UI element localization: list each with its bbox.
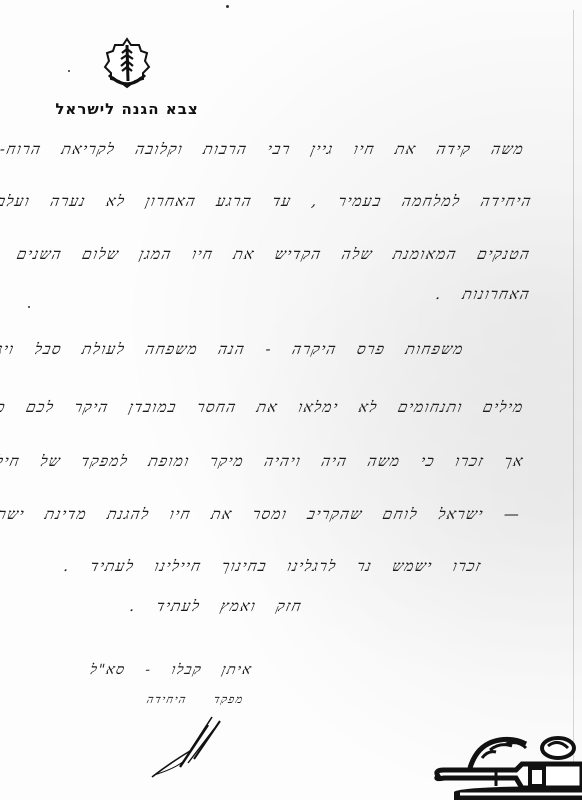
letter-line: זכרו ישמש נר לרגלינו בחינוך חיילינו לעתי… [62,557,484,576]
scan-speck [68,70,70,72]
organization-name: צבא הגנה לישראל [52,100,202,118]
letter-line: — ישראל לוחם שהקריב ומסר את חיו להגנת מד… [0,505,522,524]
letter-page: צבא הגנה לישראל משה קידה את חיו גיין רבי… [0,0,582,800]
idf-emblem-icon [101,37,153,91]
letter-line: חזק ואמץ לעתיד . [128,597,304,616]
letter-line: מילים ותנחומים לא ימלאו את החסר במובדן ה… [0,398,526,417]
scan-edge-line [573,10,574,800]
letter-line: האחרונות . [434,285,532,304]
signatory-role-title: מפקד [213,693,246,706]
signatory-name: איתן קבלו - סא"ל [88,662,254,679]
scan-speck [226,5,229,8]
signatory-role-unit: היחידה [146,693,189,706]
signatory-role: מפקד היחידה [146,693,245,706]
armored-corps-emblem-icon [430,728,582,800]
letter-line: משה קידה את חיו גיין רבי הרבות וקלובה לק… [0,140,526,159]
letter-line: אך זכרו כי משה היה ויהיה מיקר ומופת למפק… [0,452,526,471]
letter-line: משפחות פרס היקרה - הנה משפחה לעולת סבל ו… [0,340,466,359]
letter-line: הטנקים המאומנת שלה הקדיש את חיו המגן שלו… [15,245,532,264]
handwritten-signature [150,715,230,780]
scan-speck [28,306,30,308]
letter-line: היחידה למלחמה בעמיר , עד הרגע האחרון לא … [0,192,534,211]
